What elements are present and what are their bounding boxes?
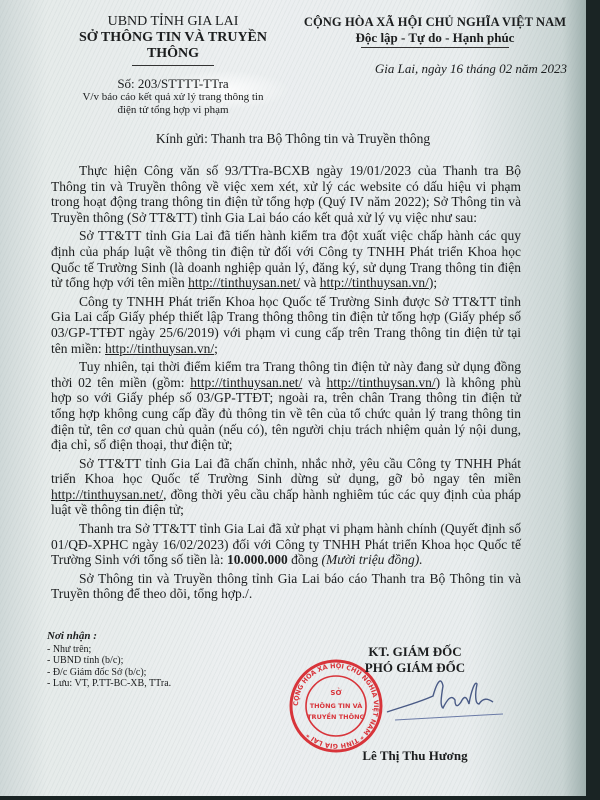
- paragraph-3: Công ty TNHH Phát triển Khoa học Quốc tế…: [51, 294, 521, 356]
- signer-title-1: KT. GIÁM ĐỐC: [340, 644, 490, 660]
- paragraph-5: Sở TT&TT tỉnh Gia Lai đã chấn chỉnh, nhắ…: [51, 456, 521, 518]
- issuer-authority: UBND TỈNH GIA LAI: [58, 14, 288, 30]
- paragraph-7: Sở Thông tin và Truyền thông tỉnh Gia La…: [51, 571, 521, 602]
- recipient-item: - Như trên;: [47, 644, 171, 656]
- motto-divider: [361, 47, 509, 48]
- paragraph-1: Thực hiện Công văn số 93/TTra-BCXB ngày …: [51, 163, 521, 225]
- document-body: Thực hiện Công văn số 93/TTra-BCXB ngày …: [51, 163, 521, 605]
- link-tinthuysan-vn[interactable]: http://tinthuysan.vn/: [326, 375, 435, 390]
- national-motto: Độc lập - Tự do - Hạnh phúc: [285, 30, 585, 46]
- link-tinthuysan-net[interactable]: http://tinthuysan.net/: [190, 375, 302, 390]
- conjunction: và: [302, 375, 326, 390]
- signer-name: Lê Thị Thu Hương: [340, 748, 490, 764]
- punctuation: ;: [214, 341, 218, 356]
- header-divider: [132, 65, 214, 66]
- paragraph-5-text: Sở TT&TT tỉnh Gia Lai đã chấn chỉnh, nhắ…: [51, 456, 521, 487]
- currency-unit: đồng: [288, 552, 322, 567]
- fine-amount: 10.000.000: [227, 552, 288, 567]
- issuer-block: UBND TỈNH GIA LAI SỞ THÔNG TIN VÀ TRUYỀN…: [58, 14, 288, 117]
- conjunction: và: [300, 275, 320, 290]
- recipient-item: - Lưu: VT, P.TT-BC-XB, TTra.: [47, 678, 171, 690]
- subject-line-1: V/v báo cáo kết quả xử lý trang thông ti…: [58, 91, 288, 104]
- link-tinthuysan-net[interactable]: http://tinthuysan.net/: [188, 275, 300, 290]
- signature-block: KT. GIÁM ĐỐC PHÓ GIÁM ĐỐC Lê Thị Thu Hươ…: [340, 644, 490, 764]
- link-tinthuysan-vn[interactable]: http://tinthuysan.vn/: [320, 275, 429, 290]
- recipients-block: Nơi nhận : - Như trên; - UBND tỉnh (b/c)…: [47, 631, 171, 690]
- place-date: Gia Lai, ngày 16 tháng 02 năm 2023: [285, 61, 585, 77]
- paragraph-2: Sở TT&TT tỉnh Gia Lai đã tiến hành kiểm …: [51, 228, 521, 290]
- paragraph-4: Tuy nhiên, tại thời điểm kiểm tra Trang …: [51, 359, 521, 453]
- national-heading: CỘNG HÒA XÃ HỘI CHỦ NGHĨA VIỆT NAM Độc l…: [285, 14, 585, 77]
- punctuation: );: [429, 275, 437, 290]
- fine-amount-words: (Mười triệu đồng).: [322, 552, 423, 567]
- document-page: UBND TỈNH GIA LAI SỞ THÔNG TIN VÀ TRUYỀN…: [0, 0, 586, 796]
- recipient-item: - Đ/c Giám đốc Sở (b/c);: [47, 667, 171, 679]
- subject-line-2: điện tử tổng hợp vi phạm: [58, 104, 288, 117]
- link-tinthuysan-vn[interactable]: http://tinthuysan.vn/: [105, 341, 214, 356]
- document-number: Số: 203/STTTT-TTra: [58, 76, 288, 91]
- addressee: Kính gửi: Thanh tra Bộ Thông tin và Truy…: [0, 131, 586, 147]
- paragraph-6: Thanh tra Sở TT&TT tỉnh Gia Lai đã xử ph…: [51, 521, 521, 568]
- link-tinthuysan-net[interactable]: http://tinthuysan.net/: [51, 487, 163, 502]
- recipients-title: Nơi nhận :: [47, 631, 171, 643]
- recipient-item: - UBND tỉnh (b/c);: [47, 655, 171, 667]
- nation-title: CỘNG HÒA XÃ HỘI CHỦ NGHĨA VIỆT NAM: [285, 14, 585, 30]
- issuer-department: SỞ THÔNG TIN VÀ TRUYỀN THÔNG: [58, 30, 288, 62]
- signer-title-2: PHÓ GIÁM ĐỐC: [340, 660, 490, 676]
